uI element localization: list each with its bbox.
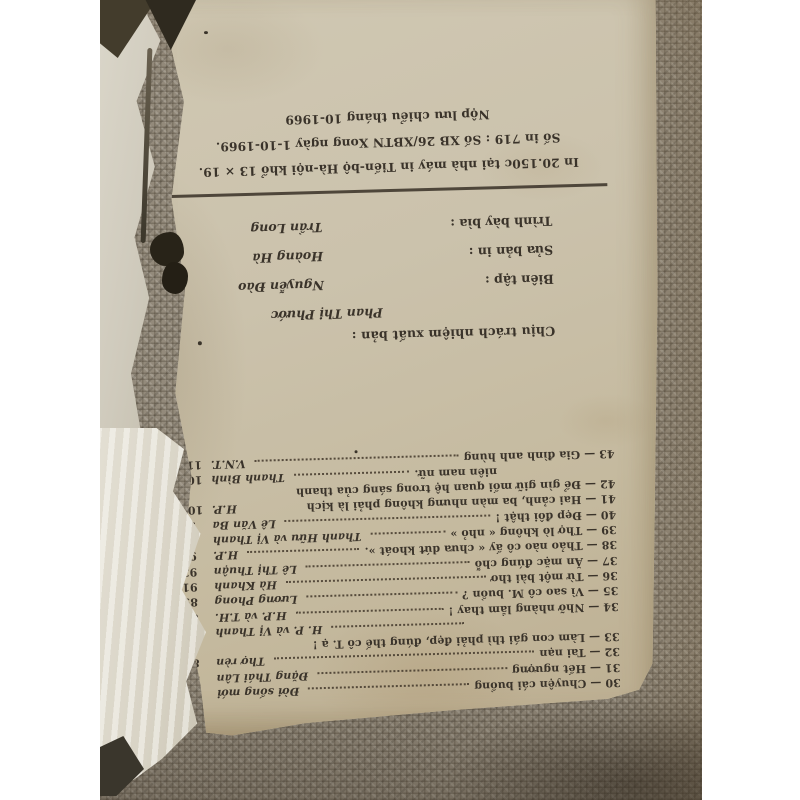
toc-entry-author: Đời sống mới <box>217 683 300 701</box>
dot-leader <box>220 489 290 491</box>
toc-entry-title: 31 — Hết ngượng <box>512 659 621 677</box>
credit-row: Sửa bản in : Hoàng Hà <box>173 241 609 268</box>
toc-entry-author: Lê Văn Ba <box>212 516 276 533</box>
dot-leader <box>317 667 507 674</box>
credit-name: Trần Long <box>172 220 322 239</box>
credit-label: Biên tập : <box>485 272 554 289</box>
toc-entry-author: H.P. <box>213 547 238 563</box>
toc-entry-author: V.N.T. <box>211 455 246 471</box>
dot-leader <box>308 683 469 689</box>
credits-heading: Chịu trách nhiệm xuất bản : <box>175 324 555 349</box>
toc-entry-author: H. P. và Vị Thanh <box>215 622 322 640</box>
credit-label: Trình bày bìa : <box>450 214 552 232</box>
toc-entry-title: niên nam nữ. <box>414 464 497 482</box>
dot-leader <box>225 642 308 644</box>
toc-entry-author: Hà Khanh <box>214 577 277 594</box>
toc-entry-author: Thanh Bình <box>211 470 285 487</box>
horizontal-rule <box>171 183 607 198</box>
toc-entry-title: 30 — Chuyện cái buồng <box>474 675 621 694</box>
dot-leader <box>306 592 457 598</box>
credits-block: Chịu trách nhiệm xuất bản : Phan Thị Phư… <box>172 212 611 349</box>
toc-entry-author: Thợ rèn <box>216 654 265 671</box>
toc-entry-author: Đặng Thái Lân <box>216 668 308 686</box>
toc-entry-page-number: 110 <box>179 456 205 472</box>
credit-row: Trình bày bìa : Trần Long <box>172 212 608 239</box>
credits-rows: Biên tập : Nguyễn Đào Sửa bản in : Hoàng… <box>172 212 610 297</box>
toc-entry-author: H.P. và T.H. <box>215 607 287 624</box>
dot-leader <box>294 470 410 475</box>
dot-leader <box>306 561 470 567</box>
toc-entry-title: 32 — Tai nạn <box>539 644 620 661</box>
dot-leader <box>295 607 443 613</box>
toc-entry-page-number <box>179 491 205 492</box>
credit-label: Sửa bản in : <box>469 243 554 260</box>
photo-of-book-page: 30 — Chuyện cái buồng Đời sống mới 81 31… <box>100 0 702 800</box>
dot-leader <box>286 576 486 583</box>
toc-entry-author: Lê Thị Thuận <box>213 561 297 579</box>
imprint-block: In 20.150c tại nhà máy in Tiến-bộ Hà-nội… <box>169 98 607 185</box>
page-content-upside-down: 30 — Chuyện cái buồng Đời sống mới 81 31… <box>166 0 622 732</box>
dark-hole-blob <box>150 232 184 266</box>
book-page: 30 — Chuyện cái buồng Đời sống mới 81 31… <box>134 0 661 738</box>
dot-leader <box>246 504 302 506</box>
dark-hole-blob <box>162 262 188 294</box>
dot-leader <box>247 548 360 553</box>
credit-name: Hoàng Hà <box>173 249 323 268</box>
toc-entry-page-number: 91 <box>182 579 208 595</box>
table-of-contents: 30 — Chuyện cái buồng Đời sống mới 81 31… <box>179 445 621 701</box>
dot-leader <box>285 514 491 522</box>
toc-entry-author: H.P. <box>212 501 237 517</box>
toc-entry-page-number: 105 <box>179 472 205 488</box>
credit-row: Biên tập : Nguyễn Đào <box>174 270 610 297</box>
toc-entry-author: Lương Phong <box>214 592 297 610</box>
dot-leader <box>331 622 464 628</box>
publisher-name: Phan Thị Phước <box>175 306 383 327</box>
dot-leader <box>370 531 445 535</box>
dot-leader <box>254 454 458 462</box>
credit-name: Nguyễn Đào <box>174 278 324 297</box>
screenshot-root: { "colors": { "background_margins": "#ff… <box>0 0 800 800</box>
